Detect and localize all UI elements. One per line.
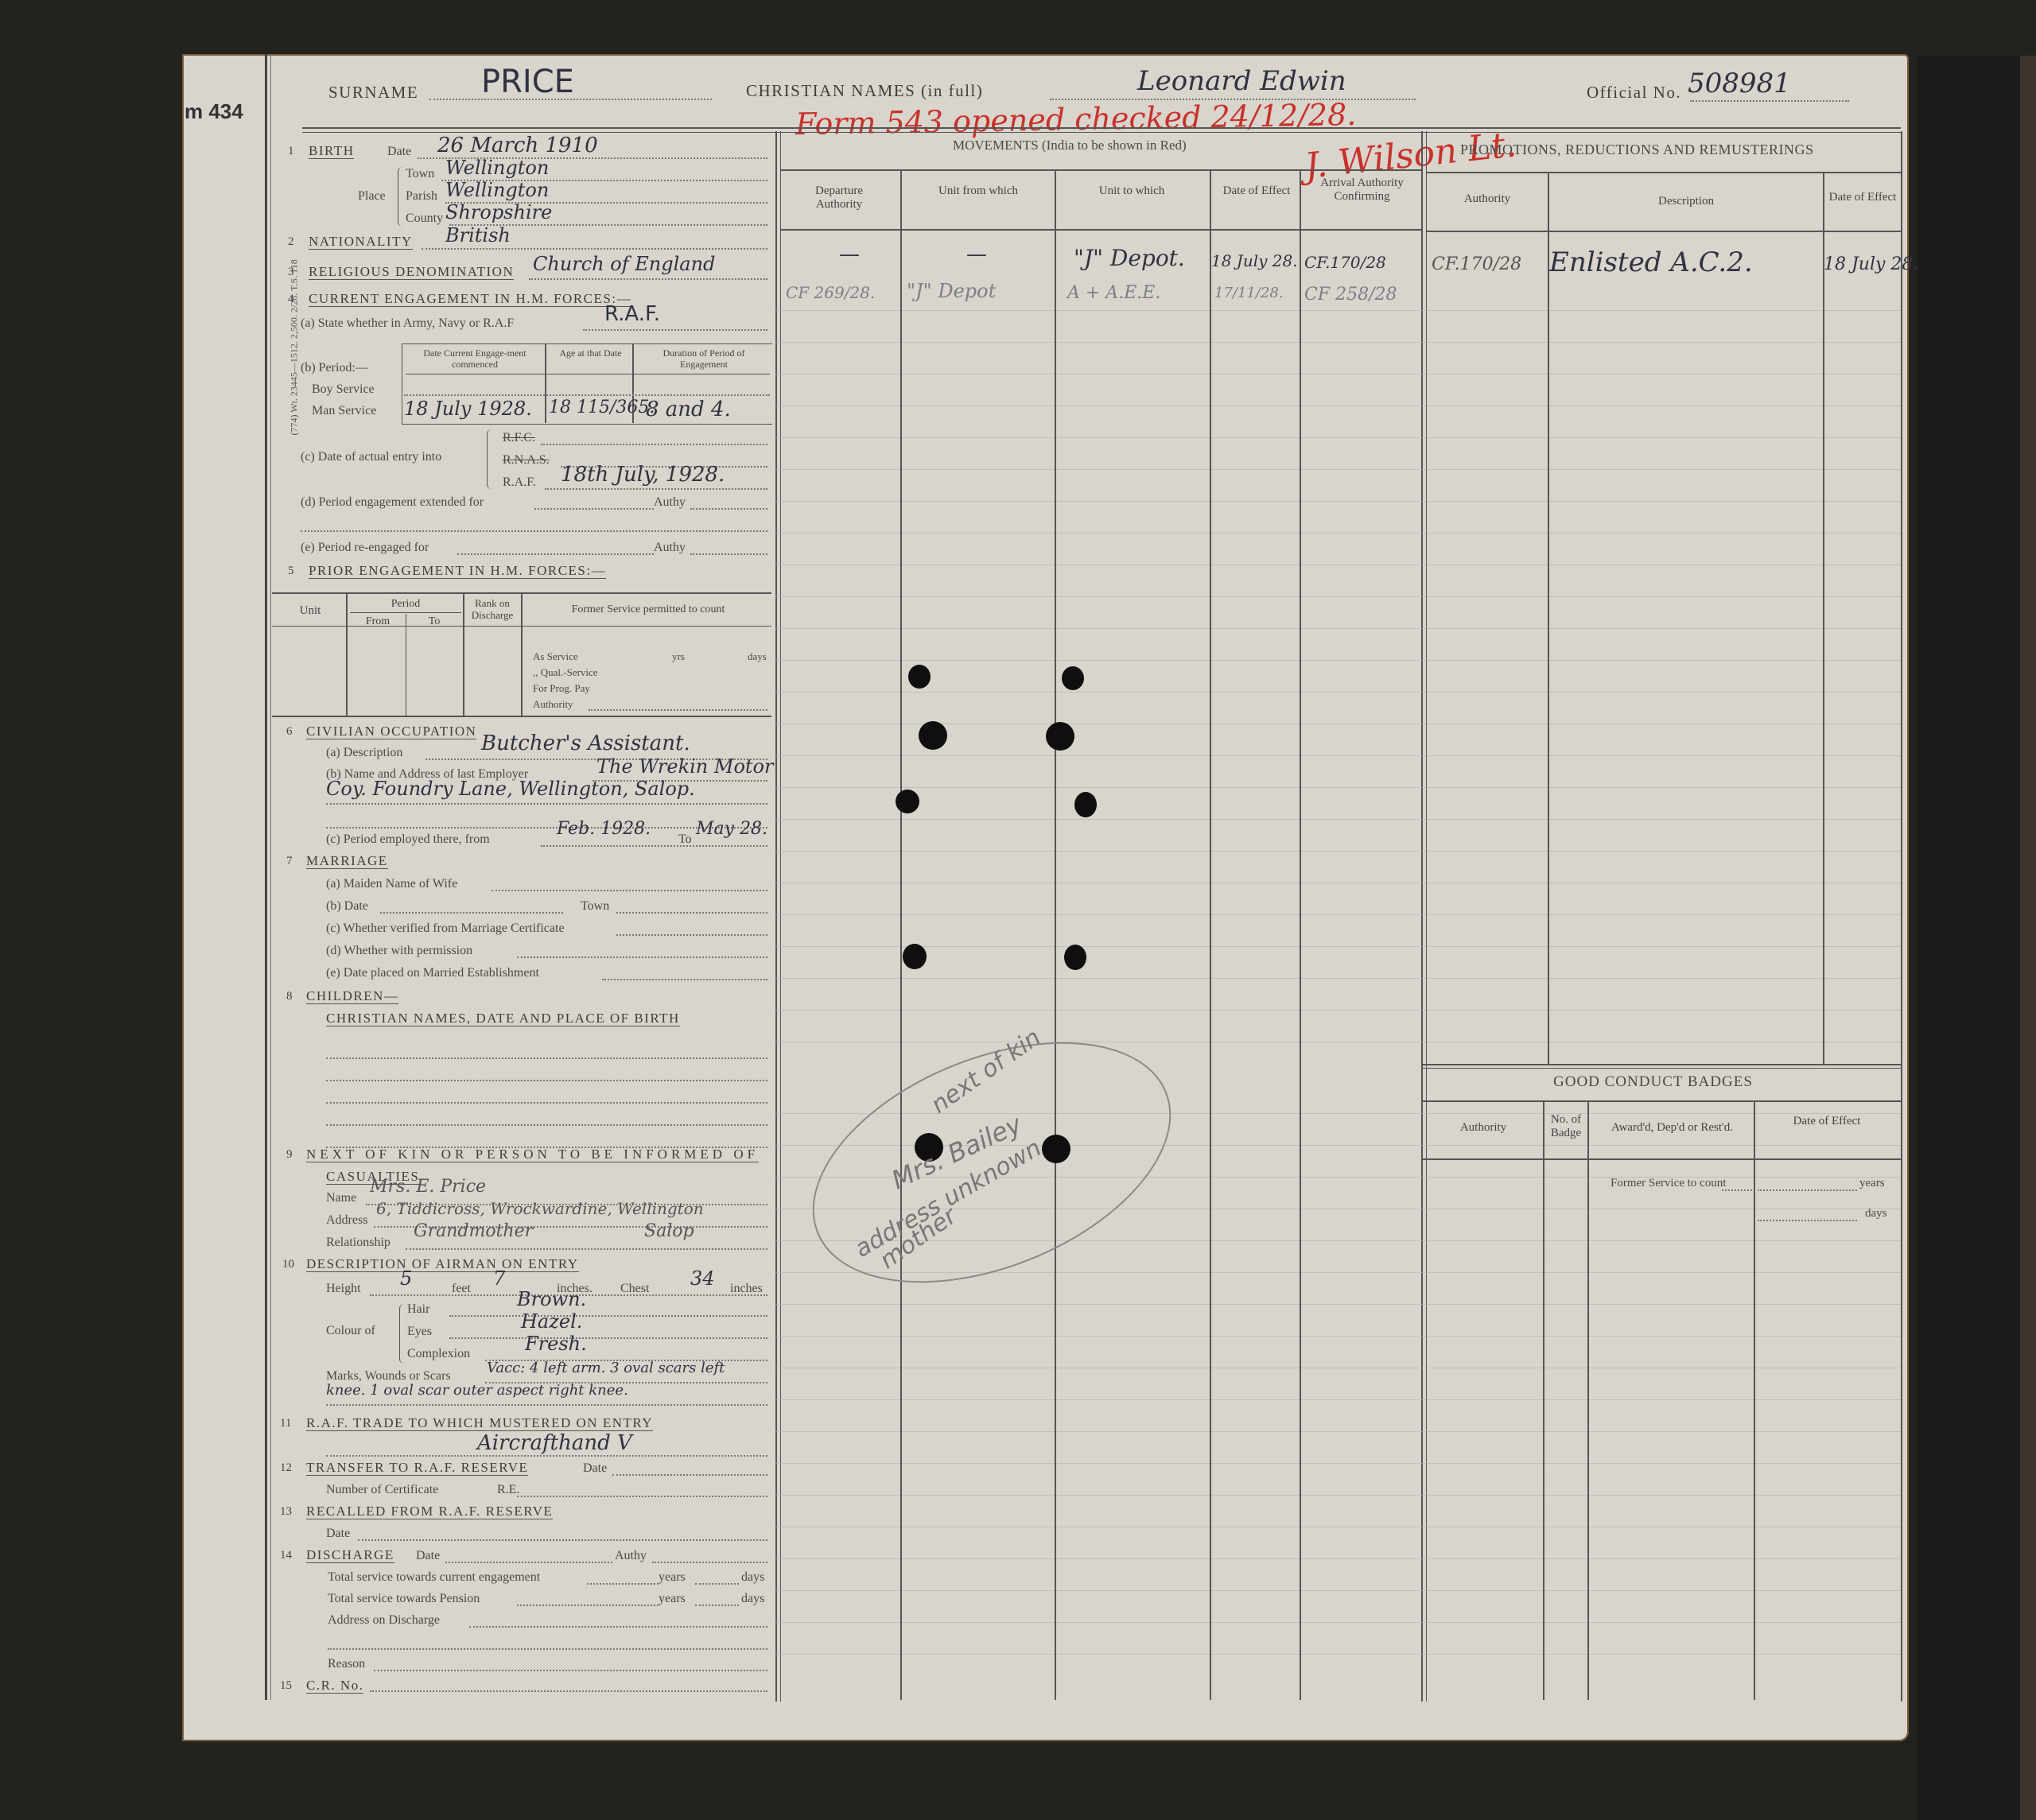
discharge-date-label: Date [416, 1549, 440, 1563]
raf-label: R.A.F. [503, 475, 536, 490]
children-title-text: CHILDREN— [306, 988, 398, 1004]
s9-number: 9 [286, 1148, 293, 1162]
s4d-authy: Authy [654, 495, 686, 510]
service-pension-days: days [741, 1592, 764, 1606]
civilian-occupation-title-text: CIVILIAN OCCUPATION [306, 724, 476, 739]
as-service-days: days [748, 650, 767, 663]
marriage-title: MARRIAGE [306, 853, 388, 869]
marriage-town: Town [581, 899, 609, 914]
service-current-days-dots [695, 1583, 739, 1585]
nok-relationship-extra: Salop [644, 1221, 694, 1241]
trade-title: R.A.F. TRADE TO WHICH MUSTERED ON ENTRY [306, 1415, 653, 1431]
badge-col-date: Date of Effect [1759, 1115, 1894, 1128]
promotions-title: PROMOTIONS, REDUCTIONS AND REMUSTERINGS [1460, 142, 1814, 158]
colour-brace [399, 1304, 405, 1364]
prior-col-4 [521, 592, 523, 716]
transfer-title-text: TRANSFER TO R.A.F. RESERVE [306, 1460, 528, 1476]
recalled-date-label: Date [326, 1527, 350, 1541]
description-title: DESCRIPTION OF AIRMAN ON ENTRY [306, 1256, 579, 1272]
mov-row2-arrival: CF 258/28 [1304, 285, 1397, 305]
promo-col-div-1 [1548, 172, 1549, 1064]
discharge-address-label: Address on Discharge [328, 1613, 440, 1628]
service-pension-dots [517, 1605, 659, 1606]
prior-col-3 [463, 592, 464, 716]
man-service-date: 18 July 1928. [404, 398, 532, 420]
height-inches: 7 [493, 1267, 505, 1290]
prior-authority-label: Authority [533, 698, 573, 711]
marriage-c: (c) Whether verified from Marriage Certi… [326, 922, 565, 936]
s4e-authy: Authy [654, 541, 686, 555]
marriage-a-dots [492, 890, 767, 891]
prior-engagement-title: PRIOR ENGAGEMENT IN H.M. FORCES:— [309, 563, 606, 579]
mov-row1-to: "J" Depot. [1074, 245, 1185, 271]
mov-col-arrival: Arrival Authority Confirming [1312, 177, 1412, 204]
colour-label: Colour of [326, 1324, 375, 1338]
discharge-date-dots [445, 1562, 612, 1563]
form-number: m 434 [185, 99, 243, 124]
header-double-rule [302, 127, 1901, 129]
s5-number: 5 [288, 565, 294, 578]
s15-number: 15 [280, 1679, 292, 1693]
certificate-label: Number of Certificate [326, 1483, 438, 1497]
s6c-to-label: To [678, 832, 692, 847]
badge-col-div-3 [1754, 1100, 1755, 1700]
prior-col-1 [346, 592, 348, 716]
transfer-title: TRANSFER TO R.A.F. RESERVE [306, 1460, 528, 1476]
background-right [1917, 56, 2036, 1820]
religion-dots [529, 278, 767, 280]
mov-col-date: Date of Effect [1221, 184, 1292, 198]
cr-no-title-text: C.R. No. [306, 1678, 363, 1694]
discharge-authy-label: Authy [615, 1549, 647, 1563]
prior-col-period: Period [350, 597, 461, 611]
s4e-dots [457, 553, 654, 555]
s4e-authy-dots [690, 553, 767, 555]
christian-names-label: CHRISTIAN NAMES (in full) [746, 81, 983, 101]
service-current-years: years [659, 1570, 686, 1585]
trade-dots [326, 1455, 767, 1457]
official-no-value: 508981 [1688, 68, 1791, 99]
cr-no-dots [370, 1690, 767, 1692]
left-form-right-border-2 [780, 131, 781, 1702]
period-col1-header: Date Current Engage-ment commenced [407, 347, 542, 370]
mov-row2-date: 17/11/28. [1214, 285, 1284, 301]
nok-relationship-label: Relationship [326, 1236, 390, 1250]
current-engagement-title: CURRENT ENGAGEMENT IN H.M. FORCES:— [309, 291, 631, 307]
marriage-e: (e) Date placed on Married Establishment [326, 966, 539, 980]
s4a-label: (a) State whether in Army, Navy or R.A.F [301, 316, 514, 331]
badges-top-rule [1421, 1064, 1901, 1065]
service-current-days: days [741, 1570, 764, 1585]
nationality-title: NATIONALITY [309, 234, 413, 250]
religion-value: Church of England [533, 253, 715, 275]
promotions-left-border-2 [1426, 131, 1427, 1702]
nok-relationship-value: Grandmother [414, 1221, 533, 1241]
rfc-dots [541, 444, 767, 445]
mov-col-unit-from: Unit from which [931, 184, 1026, 198]
discharge-title-text: DISCHARGE [306, 1547, 394, 1563]
s3-number: 3 [288, 266, 294, 279]
s6c-from: Feb. 1928. [557, 819, 651, 839]
s6c-to: May 28. [696, 819, 767, 839]
mov-col-div-1 [900, 169, 902, 1700]
discharge-address-dots [469, 1626, 767, 1628]
marriage-town-dots [616, 912, 767, 914]
s6-number: 6 [286, 725, 293, 739]
transfer-date-dots [612, 1474, 767, 1476]
badges-top-rule-2 [1421, 1068, 1901, 1069]
children-subtitle: CHRISTIAN NAMES, DATE AND PLACE OF BIRTH [326, 1011, 680, 1026]
recalled-title-text: RECALLED FROM R.A.F. RESERVE [306, 1504, 553, 1519]
left-border [265, 54, 267, 1700]
place-label: Place [358, 189, 386, 204]
marks-dots-2 [326, 1404, 767, 1406]
prior-col-from: From [350, 615, 406, 628]
service-current-dots [587, 1583, 659, 1585]
s6a-value: Butcher's Assistant. [481, 731, 690, 755]
prog-pay-label: For Prog. Pay [533, 682, 590, 695]
mov-col-div-4 [1300, 169, 1301, 1700]
nok-address-label: Address [326, 1213, 367, 1228]
official-no-label: Official No. [1587, 83, 1681, 103]
s6c-dots [541, 845, 767, 847]
mov-col-div-3 [1210, 169, 1211, 1700]
eyes-dots [449, 1337, 767, 1339]
s8-number: 8 [286, 990, 293, 1003]
promo-row1-description: Enlisted A.C.2. [1549, 246, 1753, 278]
badges-header-rule [1421, 1100, 1901, 1102]
s6c-label: (c) Period employed there, from [326, 832, 490, 847]
as-service-label: As Service [533, 650, 578, 663]
mov-col-departure: Departure Authority [791, 184, 887, 211]
badges-years-dots [1758, 1189, 1857, 1191]
left-border-inner [270, 54, 271, 1700]
recalled-title: RECALLED FROM R.A.F. RESERVE [306, 1504, 553, 1519]
raf-dots [545, 488, 767, 490]
entry-brace [487, 429, 492, 489]
badge-col-no: No. of Badge [1545, 1113, 1587, 1140]
promo-col-date: Date of Effect [1828, 191, 1898, 204]
religion-title: RELIGIOUS DENOMINATION [309, 264, 514, 280]
period-header-rule [406, 374, 770, 374]
children-dots-2 [326, 1080, 767, 1081]
height-label: Height [326, 1282, 361, 1296]
nok-name-label: Name [326, 1191, 356, 1205]
period-boy-dots [404, 394, 770, 396]
promo-row1-authority: CF.170/28 [1432, 254, 1521, 274]
period-col2-header: Age at that Date [553, 347, 628, 359]
town-label: Town [406, 167, 434, 181]
children-dots-1 [326, 1057, 767, 1059]
service-record-card [182, 54, 1909, 1741]
boy-service-label: Boy Service [312, 382, 375, 397]
children-dots-3 [326, 1102, 767, 1104]
hair-value: Brown. [517, 1288, 586, 1310]
service-current-label: Total service towards current engagement [328, 1570, 540, 1585]
promo-col-description: Description [1614, 195, 1758, 208]
recalled-date-dots [358, 1539, 767, 1541]
s6a-label: (a) Description [326, 746, 402, 760]
certificate-dots [517, 1496, 767, 1497]
promotions-columns-rule [1426, 231, 1901, 232]
children-title: CHILDREN— [306, 988, 398, 1004]
official-dots [1690, 100, 1849, 102]
trade-title-text: R.A.F. TRADE TO WHICH MUSTERED ON ENTRY [306, 1415, 653, 1431]
eyes-label: Eyes [407, 1325, 432, 1339]
as-service-yrs: yrs [672, 650, 685, 663]
man-service-age: 18 115/365. [549, 398, 655, 417]
promo-row1-date: 18 July 28. [1824, 254, 1918, 274]
next-of-kin-title-text: NEXT OF KIN OR PERSON TO BE INFORMED OF [306, 1147, 759, 1162]
surname-label: SURNAME [328, 83, 418, 103]
s6b-value1: The Wrekin Motor [596, 755, 773, 778]
next-of-kin-title: NEXT OF KIN OR PERSON TO BE INFORMED OF [306, 1147, 759, 1162]
complexion-value: Fresh. [525, 1333, 587, 1355]
marriage-a: (a) Maiden Name of Wife [326, 877, 457, 891]
man-service-duration: 8 and 4. [646, 398, 731, 421]
nok-address-value: 6, Tiddicross, Wrockwardine, Wellington [376, 1199, 704, 1218]
badges-days-dots [1758, 1220, 1857, 1221]
movements-header-rule [780, 169, 1421, 171]
s4c-label: (c) Date of actual entry into [301, 450, 441, 464]
prior-col-2 [406, 614, 406, 716]
birth-date-value: 26 March 1910 [437, 134, 598, 157]
mov-row1-date: 18 July 28. [1211, 251, 1298, 270]
movements-columns-rule [780, 229, 1421, 231]
marriage-d: (d) Whether with permission [326, 944, 472, 958]
discharge-reason-dots [374, 1670, 767, 1671]
marriage-b: (b) Date [326, 899, 368, 914]
chest-unit: inches [730, 1282, 763, 1296]
s4a-dots [583, 329, 767, 331]
description-title-text: DESCRIPTION OF AIRMAN ON ENTRY [306, 1256, 579, 1272]
s4a-value: R.A.F. [604, 302, 660, 326]
chest-value: 34 [690, 1267, 715, 1290]
badges-days-label: days [1865, 1207, 1887, 1220]
promo-col-authority: Authority [1432, 192, 1543, 206]
badges-columns-rule [1421, 1158, 1901, 1160]
prior-col-to: To [407, 615, 461, 628]
nok-name-value: Mrs. E. Price [370, 1177, 486, 1197]
nationality-title-text: NATIONALITY [309, 234, 413, 250]
trade-value: Aircrafthand V [477, 1431, 632, 1455]
discharge-title: DISCHARGE [306, 1547, 394, 1563]
s7-number: 7 [286, 855, 293, 868]
hair-dots [449, 1315, 767, 1317]
nationality-dots [422, 248, 767, 250]
badge-col-div-2 [1587, 1100, 1589, 1700]
movements-title: MOVEMENTS (India to be shown in Red) [953, 138, 1187, 153]
mov-row1-from: — [966, 243, 987, 266]
period-col-1 [545, 343, 546, 423]
raf-entry-value: 18th July, 1928. [561, 463, 725, 487]
hair-label: Hair [407, 1302, 429, 1317]
s11-number: 11 [280, 1417, 291, 1430]
prior-col-former: Former Service permitted to count [529, 603, 767, 616]
badges-former-dots [1722, 1189, 1752, 1191]
birth-title: BIRTH [309, 143, 354, 159]
binder-edge [2020, 56, 2036, 1820]
badges-title: GOOD CONDUCT BADGES [1553, 1073, 1753, 1091]
left-form-right-border [775, 131, 777, 1702]
promotions-header-rule [1426, 172, 1901, 173]
rnas-label: R.N.A.S. [503, 453, 550, 468]
prior-period-rule [350, 612, 461, 613]
civilian-occupation-title: CIVILIAN OCCUPATION [306, 724, 476, 739]
period-col3-header: Duration of Period of Engagement [640, 347, 767, 370]
s6b-dots-2 [326, 803, 767, 805]
s4d-label: (d) Period engagement extended for [301, 495, 484, 510]
prior-col-rank: Rank on Discharge [465, 597, 519, 621]
mov-row2-to: A + A.E.E. [1067, 283, 1160, 303]
complexion-label: Complexion [407, 1347, 470, 1361]
children-dots-4 [326, 1124, 767, 1126]
religion-title-text: RELIGIOUS DENOMINATION [309, 264, 514, 280]
county-value: Shropshire [445, 201, 552, 223]
birth-date-label: Date [387, 145, 411, 159]
promo-col-div-2 [1823, 172, 1824, 1064]
promotions-left-border [1421, 131, 1423, 1702]
s6b-value2: Coy. Foundry Lane, Wellington, Salop. [326, 778, 695, 800]
town-value: Wellington [445, 157, 549, 179]
height-feet: 5 [400, 1267, 412, 1290]
badge-col-div-1 [1543, 1100, 1544, 1700]
marriage-title-text: MARRIAGE [306, 853, 388, 869]
badge-col-awarded: Award'd, Dep'd or Rest'd. [1595, 1121, 1750, 1135]
prior-col-unit: Unit [278, 604, 342, 618]
birth-title-text: BIRTH [309, 143, 354, 159]
badge-col-authority: Authority [1432, 1121, 1535, 1135]
surname-value: PRICE [481, 64, 574, 100]
s4-number: 4 [288, 293, 294, 306]
s10-number: 10 [282, 1258, 294, 1271]
mov-col-div-2 [1055, 169, 1056, 1700]
mov-row2-from: "J" Depot [907, 280, 996, 302]
qual-service-label: ,, Qual.-Service [533, 666, 598, 679]
chest-label: Chest [620, 1282, 649, 1296]
s2-number: 2 [288, 235, 294, 249]
s12-number: 12 [280, 1461, 292, 1475]
marks-value-1: Vacc: 4 left arm. 3 oval scars left [487, 1360, 725, 1376]
mov-row2-departure: CF 269/28. [786, 283, 875, 302]
parish-label: Parish [406, 189, 437, 204]
s4d-authy-dots [690, 508, 767, 510]
mov-row1-departure: — [839, 243, 860, 266]
right-border [1901, 131, 1902, 1702]
transfer-date-label: Date [583, 1461, 607, 1476]
man-service-label: Man Service [312, 404, 376, 418]
s13-number: 13 [280, 1505, 292, 1519]
marriage-e-dots [602, 979, 767, 980]
prior-authority-dots [589, 709, 767, 711]
county-label: County [406, 211, 443, 226]
badges-years-label: years [1859, 1177, 1885, 1190]
discharge-authy-dots [652, 1562, 767, 1563]
s4e-label: (e) Period re-engaged for [301, 541, 429, 555]
header-double-rule-2 [302, 132, 1901, 133]
place-brace [398, 167, 403, 227]
s14-number: 14 [280, 1549, 292, 1562]
cr-no-title: C.R. No. [306, 1678, 363, 1694]
nationality-value: British [445, 224, 511, 246]
prior-table-bottom [272, 716, 771, 717]
service-pension-days-dots [695, 1605, 739, 1606]
mov-col-unit-to: Unit to which [1084, 184, 1179, 198]
discharge-reason-label: Reason [328, 1657, 365, 1671]
nok-relationship-dots [406, 1248, 767, 1250]
marriage-c-dots [616, 934, 767, 936]
christian-names-value: Leonard Edwin [1137, 65, 1346, 97]
marriage-b-dots [380, 912, 563, 914]
mov-row1-arrival: CF.170/28 [1304, 253, 1386, 272]
s4d-dots [534, 508, 654, 510]
children-subtitle-text: CHRISTIAN NAMES, DATE AND PLACE OF BIRTH [326, 1011, 680, 1026]
prior-engagement-title-text: PRIOR ENGAGEMENT IN H.M. FORCES:— [309, 563, 606, 579]
marriage-d-dots [517, 957, 767, 958]
rfc-label: R.F.C. [503, 431, 535, 445]
eyes-value: Hazel. [521, 1310, 582, 1333]
service-pension-years: years [659, 1592, 686, 1606]
s4b-label: (b) Period:— [301, 361, 368, 375]
badges-former-service: Former Service to count [1611, 1177, 1726, 1190]
discharge-address-dots-2 [328, 1648, 767, 1650]
s4d-dots-2 [301, 530, 767, 532]
current-engagement-title-text: CURRENT ENGAGEMENT IN H.M. FORCES:— [309, 291, 631, 307]
s1-number: 1 [288, 145, 294, 158]
feet-label: feet [452, 1282, 471, 1296]
parish-value: Wellington [445, 179, 549, 201]
service-pension-label: Total service towards Pension [328, 1592, 480, 1606]
marks-value-2: knee. 1 oval scar outer aspect right kne… [326, 1382, 628, 1399]
